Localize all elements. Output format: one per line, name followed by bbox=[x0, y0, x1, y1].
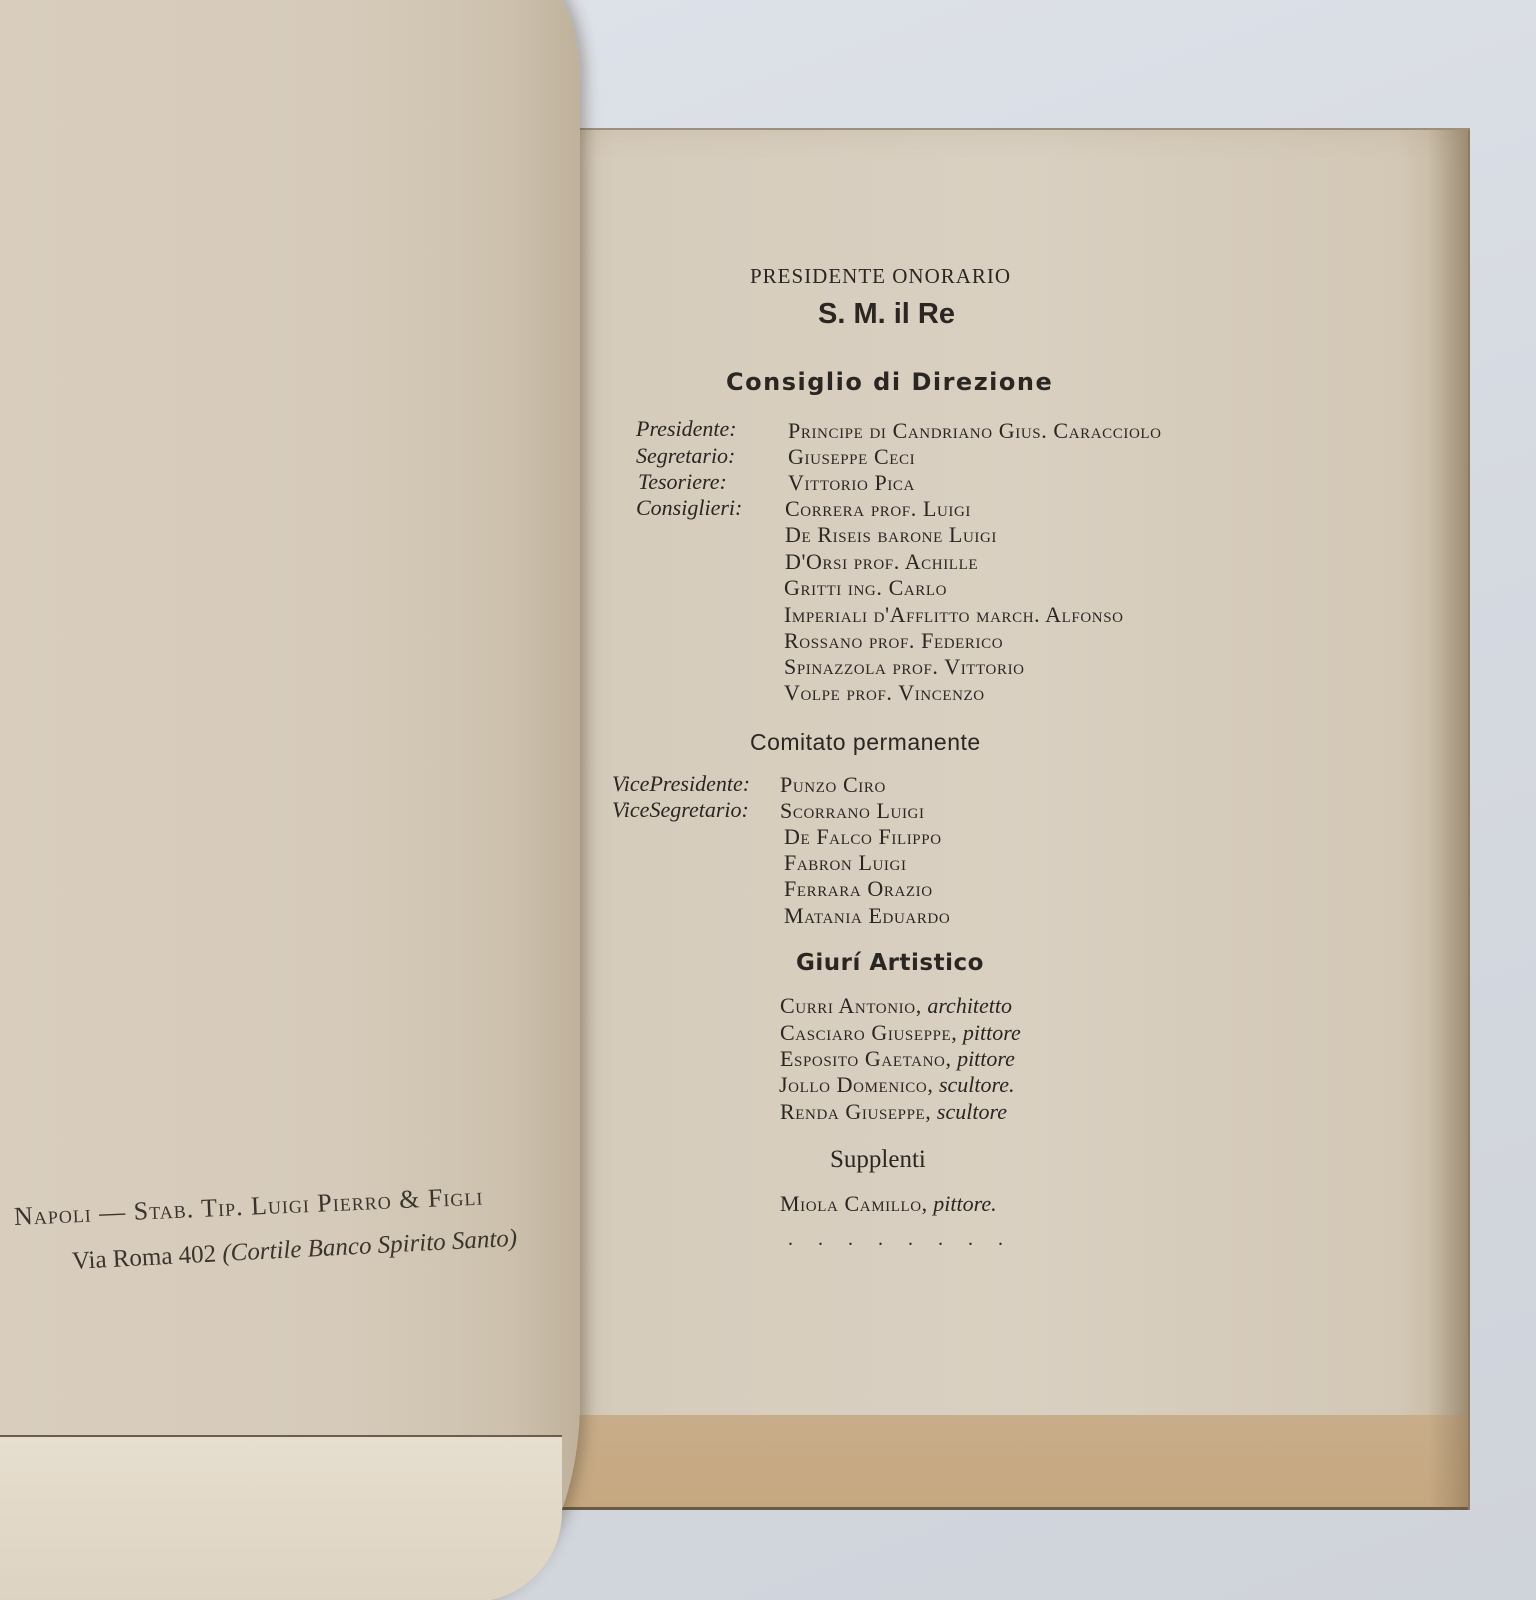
imprint-line-2: Via Roma 402 (Cortile Banco Spirito Sant… bbox=[71, 1225, 518, 1276]
page-content: Napoli — Stab. Tip. Luigi Pierro & Figli… bbox=[0, 0, 1536, 1600]
giuri-role: architetto bbox=[927, 993, 1012, 1018]
label-vicesegretario: ViceSegretario: bbox=[612, 797, 749, 823]
value-consigliere-4: Gritti ing. Carlo bbox=[784, 575, 947, 601]
supplenti-ellipsis: . . . . . . . . bbox=[788, 1226, 1013, 1252]
imprint-address: Via Roma 402 bbox=[71, 1240, 217, 1275]
giuri-row-5: Renda Giuseppe, scultore bbox=[780, 1099, 1007, 1125]
giuri-name: Curri Antonio, bbox=[780, 993, 922, 1018]
supplenti-row-1: Miola Camillo, pittore. bbox=[780, 1191, 997, 1217]
value-consigliere-6: Rossano prof. Federico bbox=[784, 628, 1003, 654]
imprint-line-1: Napoli — Stab. Tip. Luigi Pierro & Figli bbox=[13, 1182, 484, 1232]
supplenti-name: Miola Camillo, bbox=[780, 1191, 928, 1216]
giuri-name: Casciaro Giuseppe, bbox=[780, 1020, 957, 1045]
giuri-row-3: Esposito Gaetano, pittore bbox=[780, 1046, 1015, 1072]
supplenti-title: Supplenti bbox=[830, 1146, 926, 1174]
giuri-role: pittore bbox=[957, 1046, 1015, 1071]
label-presidente: Presidente: bbox=[636, 416, 737, 442]
value-consigliere-2: De Riseis barone Luigi bbox=[785, 522, 997, 548]
value-vicepresidente: Punzo Ciro bbox=[780, 772, 886, 798]
giuri-name: Jollo Domenico, bbox=[779, 1072, 933, 1097]
value-comitato-3: De Falco Filippo bbox=[784, 824, 942, 850]
value-consigliere-7: Spinazzola prof. Vittorio bbox=[784, 654, 1025, 680]
supplenti-role: pittore. bbox=[933, 1191, 996, 1216]
value-tesoriere: Vittorio Pica bbox=[788, 470, 915, 496]
value-consigliere-5: Imperiali d'Afflitto march. Alfonso bbox=[784, 602, 1124, 628]
value-consigliere-8: Volpe prof. Vincenzo bbox=[784, 680, 985, 706]
giuri-row-4: Jollo Domenico, scultore. bbox=[779, 1072, 1015, 1098]
honorary-president-name: S. M. il Re bbox=[818, 298, 955, 331]
value-segretario: Giuseppe Ceci bbox=[788, 444, 915, 470]
giuri-role: scultore bbox=[937, 1099, 1007, 1124]
consiglio-title: Consiglio di Direzione bbox=[726, 368, 1053, 396]
label-consiglieri: Consiglieri: bbox=[636, 495, 742, 521]
giuri-name: Renda Giuseppe, bbox=[780, 1099, 931, 1124]
value-comitato-5: Ferrara Orazio bbox=[784, 876, 933, 902]
value-comitato-6: Matania Eduardo bbox=[784, 903, 950, 929]
giuri-title: Giurí Artistico bbox=[796, 950, 984, 976]
value-vicesegretario: Scorrano Luigi bbox=[780, 798, 925, 824]
value-consigliere-3: D'Orsi prof. Achille bbox=[785, 549, 978, 575]
value-comitato-4: Fabron Luigi bbox=[784, 850, 907, 876]
label-vicepresidente: VicePresidente: bbox=[612, 771, 750, 797]
giuri-row-2: Casciaro Giuseppe, pittore bbox=[780, 1020, 1021, 1046]
label-segretario: Segretario: bbox=[636, 443, 735, 469]
honorary-president-label: PRESIDENTE ONORARIO bbox=[750, 264, 1011, 289]
value-consigliere-1: Correra prof. Luigi bbox=[785, 496, 971, 522]
giuri-name: Esposito Gaetano, bbox=[780, 1046, 952, 1071]
label-tesoriere: Tesoriere: bbox=[638, 469, 727, 495]
comitato-title: Comitato permanente bbox=[750, 729, 981, 756]
value-presidente: Principe di Candriano Gius. Caracciolo bbox=[788, 418, 1162, 444]
imprint-courtyard: (Cortile Banco Spirito Santo) bbox=[222, 1225, 518, 1267]
giuri-role: scultore. bbox=[939, 1072, 1015, 1097]
giuri-role: pittore bbox=[963, 1020, 1021, 1045]
giuri-row-1: Curri Antonio, architetto bbox=[780, 993, 1012, 1019]
